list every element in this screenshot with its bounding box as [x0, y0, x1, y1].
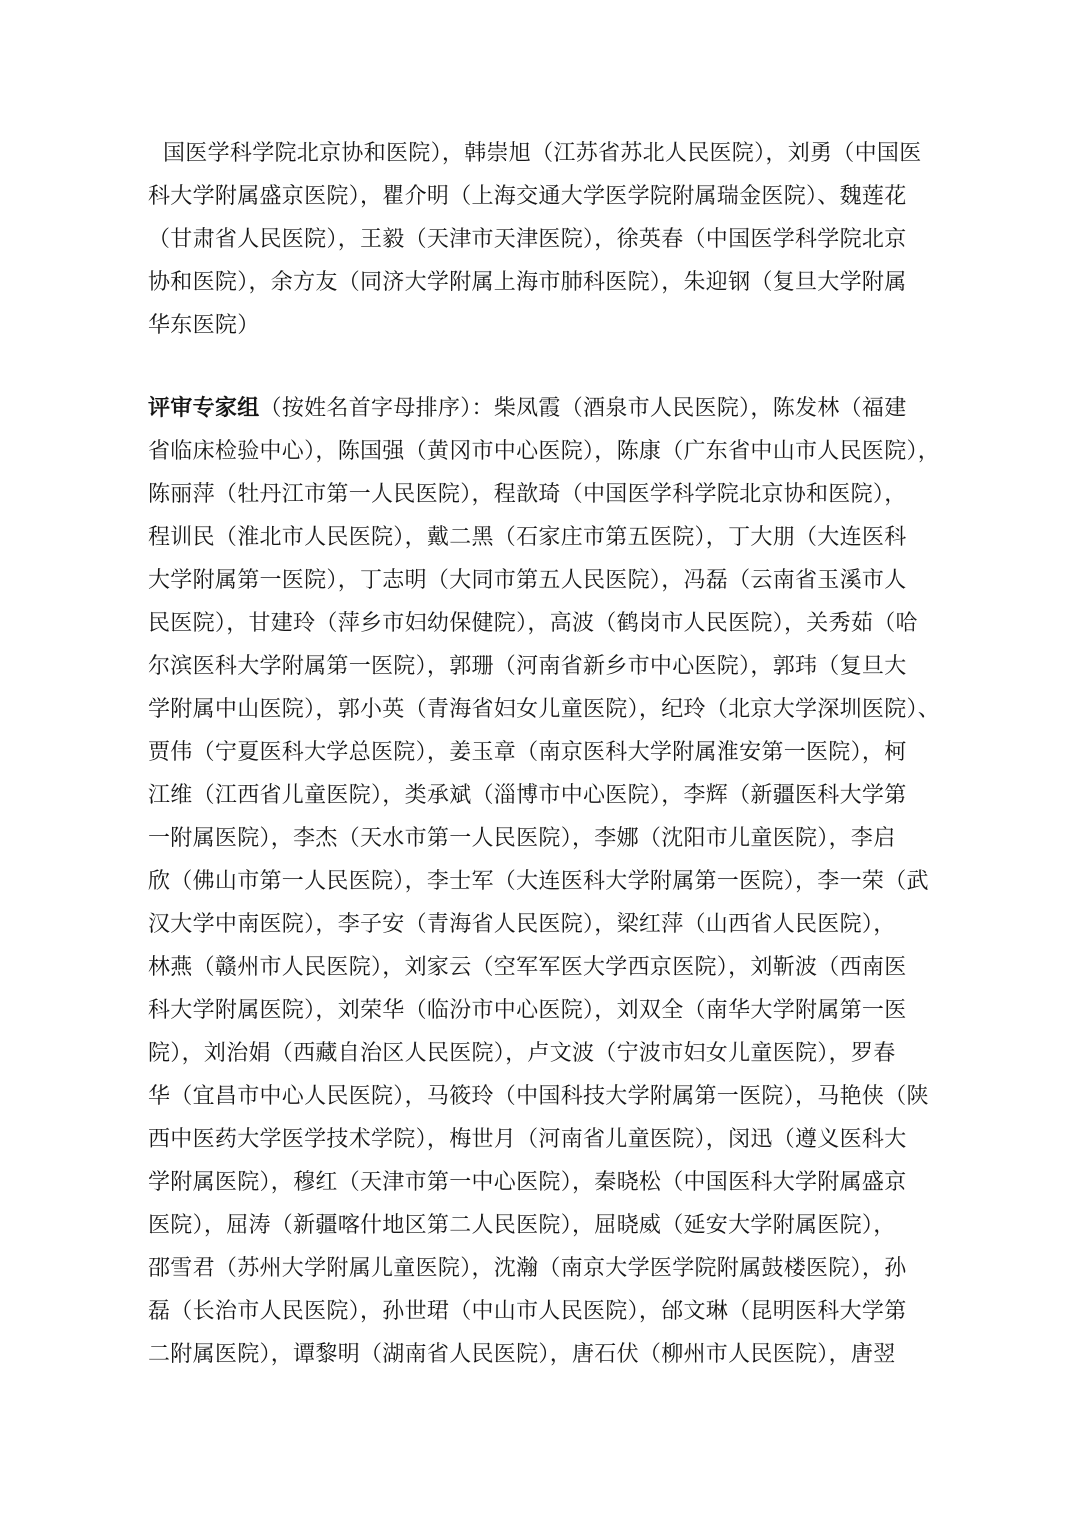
paragraph-line: 尔滨医科大学附属第一医院），郭珊（河南省新乡市中心医院），郭玮（复旦大 [148, 644, 934, 687]
paragraph-line: 省临床检验中心），陈国强（黄冈市中心医院），陈康（广东省中山市人民医院）， [148, 429, 934, 472]
paragraph-line: 大学附属第一医院），丁志明（大同市第五人民医院），冯磊（云南省玉溪市人 [148, 558, 934, 601]
paragraph-line: 陈丽萍（牡丹江市第一人民医院），程歆琦（中国医学科学院北京协和医院）， [148, 472, 934, 515]
paragraph-line: （甘肃省人民医院），王毅（天津市天津医院），徐英春（中国医学科学院北京 [148, 217, 934, 260]
paragraph-line: 民医院），甘建玲（萍乡市妇幼保健院），高波（鹤岗市人民医院），关秀茹（哈 [148, 601, 934, 644]
expert-group-heading: 评审专家组 [148, 395, 260, 420]
paragraph-line: 学附属医院），穆红（天津市第一中心医院），秦晓松（中国医科大学附属盛京 [148, 1160, 934, 1203]
paragraph-line: 磊（长治市人民医院），孙世珺（中山市人民医院），邰文琳（昆明医科大学第 [148, 1289, 934, 1332]
paragraph-line: 汉大学中南医院），李子安（青海省人民医院），梁红萍（山西省人民医院）， [148, 902, 934, 945]
paragraph-line: 程训民（淮北市人民医院），戴二黑（石家庄市第五医院），丁大朋（大连医科 [148, 515, 934, 558]
paragraph-line: 邵雪君（苏州大学附属儿童医院），沈瀚（南京大学医学院附属鼓楼医院），孙 [148, 1246, 934, 1289]
heading-line-rest: （按姓名首字母排序）：柴凤霞（酒泉市人民医院），陈发林（福建 [260, 395, 907, 420]
paragraph-line: 科大学附属盛京医院），瞿介明（上海交通大学医学院附属瑞金医院）、魏莲花 [148, 174, 934, 217]
paragraph-line: 国医学科学院北京协和医院），韩崇旭（江苏省苏北人民医院），刘勇（中国医 [148, 131, 934, 174]
paragraph-line: 华（宜昌市中心人民医院），马筱玲（中国科技大学附属第一医院），马艳侠（陕 [148, 1074, 934, 1117]
paragraph-line: 西中医药大学医学技术学院），梅世月（河南省儿童医院），闵迅（遵义医科大 [148, 1117, 934, 1160]
paragraph-line: 学附属中山医院），郭小英（青海省妇女儿童医院），纪玲（北京大学深圳医院）、 [148, 687, 934, 730]
paragraph-line: 江维（江西省儿童医院），类承斌（淄博市中心医院），李辉（新疆医科大学第 [148, 773, 934, 816]
paragraph-reviewers-continuation: 国医学科学院北京协和医院），韩崇旭（江苏省苏北人民医院），刘勇（中国医 科大学附… [148, 131, 934, 346]
paragraph-line: 华东医院） [148, 303, 934, 346]
document-page: 国医学科学院北京协和医院），韩崇旭（江苏省苏北人民医院），刘勇（中国医 科大学附… [0, 0, 1080, 1527]
paragraph-line: 二附属医院），谭黎明（湖南省人民医院），唐石伏（柳州市人民医院），唐翌 [148, 1332, 934, 1375]
document-content: 国医学科学院北京协和医院），韩崇旭（江苏省苏北人民医院），刘勇（中国医 科大学附… [148, 131, 934, 1375]
paragraph-line-with-heading: 评审专家组（按姓名首字母排序）：柴凤霞（酒泉市人民医院），陈发林（福建 [148, 386, 934, 429]
paragraph-line: 协和医院），余方友（同济大学附属上海市肺科医院），朱迎钢（复旦大学附属 [148, 260, 934, 303]
paragraph-expert-review-group: 评审专家组（按姓名首字母排序）：柴凤霞（酒泉市人民医院），陈发林（福建 省临床检… [148, 386, 934, 1375]
paragraph-line: 林燕（赣州市人民医院），刘家云（空军军医大学西京医院），刘靳波（西南医 [148, 945, 934, 988]
paragraph-line: 科大学附属医院），刘荣华（临汾市中心医院），刘双全（南华大学附属第一医 [148, 988, 934, 1031]
paragraph-line: 医院），屈涛（新疆喀什地区第二人民医院），屈晓威（延安大学附属医院）， [148, 1203, 934, 1246]
paragraph-line: 贾伟（宁夏医科大学总医院），姜玉章（南京医科大学附属淮安第一医院），柯 [148, 730, 934, 773]
paragraph-line: 院），刘治娟（西藏自治区人民医院），卢文波（宁波市妇女儿童医院），罗春 [148, 1031, 934, 1074]
paragraph-line: 一附属医院），李杰（天水市第一人民医院），李娜（沈阳市儿童医院），李启 [148, 816, 934, 859]
paragraph-line: 欣（佛山市第一人民医院），李士军（大连医科大学附属第一医院），李一荣（武 [148, 859, 934, 902]
